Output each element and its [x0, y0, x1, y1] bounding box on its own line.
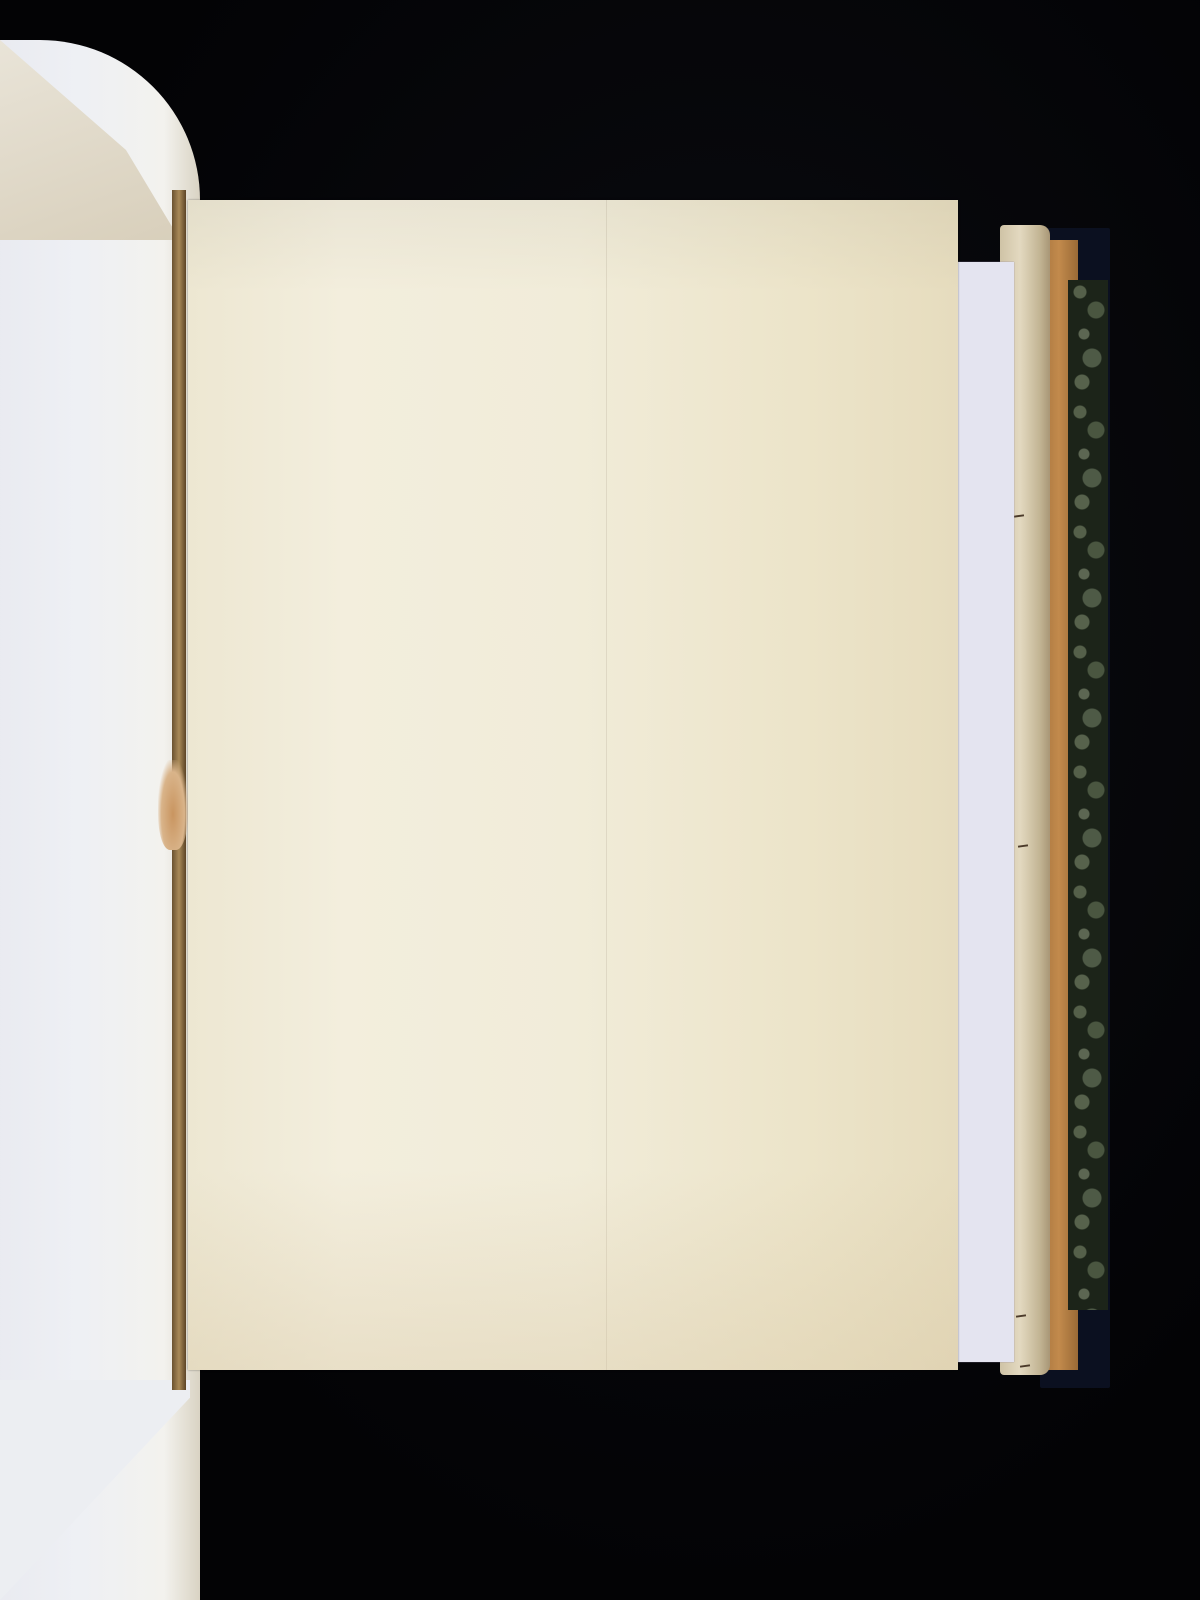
- paper-stain: [158, 760, 188, 850]
- manuscript-photo: [0, 0, 1200, 1600]
- white-paper-insert: [952, 262, 1014, 1362]
- marbled-endpaper: [1068, 280, 1108, 1310]
- letter-sheet: [188, 200, 958, 1370]
- paper-fold-line: [606, 200, 607, 1370]
